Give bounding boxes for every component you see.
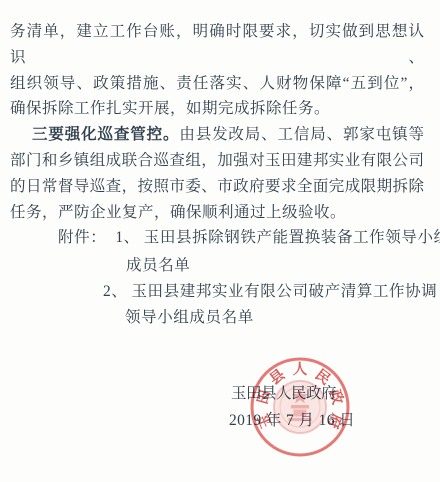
attachment-1-title: 玉田县拆除钢铁产能置换装备工作领导小组 bbox=[144, 229, 440, 246]
seal-char: 田 bbox=[254, 388, 274, 406]
body-line: 任务，严防企业复产，确保顺利通过上级验收。 bbox=[10, 200, 424, 226]
attachment-2-title-wrap: 领导小组成员名单 bbox=[125, 305, 254, 331]
body-line: 确保拆除工作扎实开展，如期完成拆除任务。 bbox=[10, 96, 424, 122]
national-emblem-icon bbox=[274, 381, 326, 433]
attachment-2-title: 玉田县建邦实业有限公司破产清算工作协调 bbox=[131, 283, 437, 300]
body-line: 务清单，建立工作台账，明确时限要求，切实做到思想认识、 bbox=[10, 19, 424, 71]
attachment-item-1: 附件：1、玉田县拆除钢铁产能置换装备工作领导小组 bbox=[58, 225, 440, 251]
paragraph-lead-rest: 由县发改局、工信局、郭家屯镇等 bbox=[179, 126, 424, 143]
attachments-label: 附件： bbox=[58, 229, 115, 246]
paragraph-bold-lead: 三要强化巡查管控。 bbox=[32, 126, 179, 143]
body-line: 组织领导、政策措施、责任落实、人财物保障“五到位”， bbox=[10, 71, 424, 97]
body-line-paragraph-lead: 三要强化巡查管控。由县发改局、工信局、郭家屯镇等 bbox=[10, 122, 424, 148]
attachment-item-2: 2、玉田县建邦实业有限公司破产清算工作协调 bbox=[103, 279, 437, 305]
body-line: 的日常督导巡查，按照市委、市政府要求全面完成限期拆除 bbox=[10, 174, 424, 200]
document-page: 务清单，建立工作台账，明确时限要求，切实做到思想认识、 组织领导、政策措施、责任… bbox=[0, 0, 440, 482]
attachment-1-title-wrap: 成员名单 bbox=[126, 253, 190, 279]
body-text: 务清单，建立工作台账，明确时限要求，切实做到思想认识、 组织领导、政策措施、责任… bbox=[10, 19, 424, 225]
seal-char: 人 bbox=[293, 361, 308, 378]
attachment-2-number: 2、 bbox=[103, 283, 131, 300]
official-red-seal: 玉 田 县 人 民 政 府 bbox=[235, 342, 365, 472]
body-line: 部门和乡镇组成联合巡查组，加强对玉田建邦实业有限公司 bbox=[10, 148, 424, 174]
attachment-1-number: 1、 bbox=[115, 229, 143, 246]
